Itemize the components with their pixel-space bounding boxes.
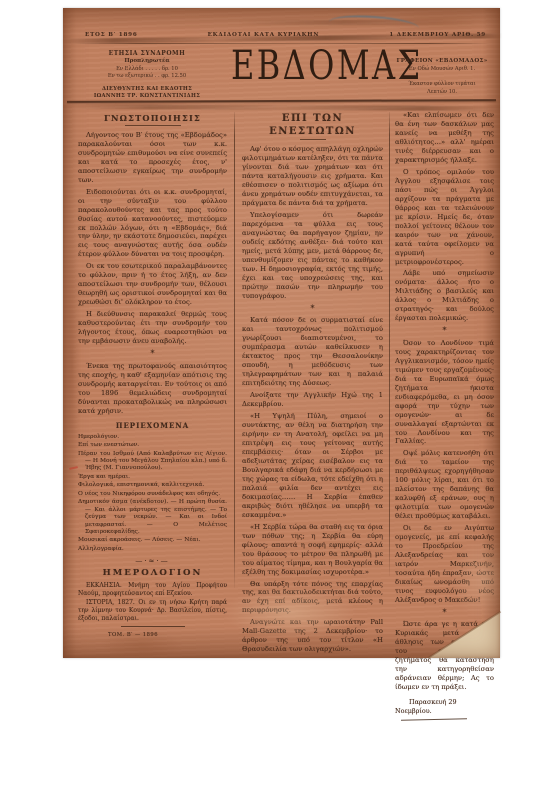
section-end-rule xyxy=(121,626,185,627)
paragraph: Οι εκ του εσωτερικού παραλαμβάνοντες το … xyxy=(78,262,227,307)
director-name: ΙΩΑΝΝΗΣ ΤΡ. ΚΩΝΣΤΑΝΤΙΝΙΔΗΣ xyxy=(89,93,205,99)
article-paragraphs: «Και ελπίσωμεν ότι δεν θα ένη των δασκάλ… xyxy=(395,111,494,692)
section-star-separator: * xyxy=(395,326,494,337)
subscription-subheader: Προπληρωτέα xyxy=(89,58,205,64)
scan-canvas: { "masthead": { "volume": "ΕΤΟΣ Β′ 1896"… xyxy=(0,0,549,800)
contents-item: Επί των ενεστώτων. xyxy=(78,442,227,449)
contents-item: Δημοτικόν άσμα (ανέκδοτον). — Η πρώτη θυ… xyxy=(78,499,227,536)
contents-item: Πέραν του Ισθμού (Από Καλαβρύτων εις Αίγ… xyxy=(78,451,227,473)
masthead-rule xyxy=(67,99,496,103)
contents-header: ΠΕΡΙΕΧΟΜΕΝΑ xyxy=(78,421,227,430)
header-underline xyxy=(125,125,181,126)
paragraph: Ειδοποιούνται ότι οι κ.κ. συνδρομηταί, ο… xyxy=(78,188,227,260)
contents-list: Ημερολόγιον. Επί των ενεστώτων. Πέραν το… xyxy=(78,434,227,554)
dateline: Παρασκευή 29 Νοεμβρίου. xyxy=(395,698,494,715)
contents-item: Φιλολογικά, επιστημονικά, καλλιτεχνικά. xyxy=(78,482,227,489)
office-header: ΓΡΑΦΕΙΟΝ «ΕΒΔΟΜΑΔΟΣ» xyxy=(389,58,495,64)
issue-date-label: 1 ΔΕΚΕΜΒΡΙΟΥ ΑΡΙΘ. 59 xyxy=(389,32,486,38)
section-star-separator: * xyxy=(78,349,227,360)
section-star-separator: * xyxy=(395,608,494,619)
copy-price-value: Λεπτών 10. xyxy=(389,89,495,95)
subscription-price-foreign: Εν τω εξωτερικώ . . φρ. 12.50 xyxy=(89,73,205,79)
article-paragraphs: Αφ' ότου ο κόσμος απηλλάγη οχληρών φιλοτ… xyxy=(242,145,383,654)
subscription-box: ΕΤΗΣΙΑ ΣΥΝΔΡΟΜΗ Προπληρωτέα Εν Ελλάδι . … xyxy=(89,50,205,99)
volume-label: ΕΤΟΣ Β′ 1896 xyxy=(85,32,138,38)
contents-item: Ο νέος του Νικηφόρου συνάδελφος και οδηγ… xyxy=(78,491,227,498)
paragraph: Κατά πόσον δε οι συρματισταί είνε και τα… xyxy=(242,316,383,388)
office-address: Εν Οδώ Μουσών Αριθ. 1. xyxy=(389,66,495,72)
contents-item: Ημερολόγιον. xyxy=(78,434,227,441)
calendar-entry: ΕΚΚΛΗΣΙΑ. Μνήμη του Αγίου Προφήτου Ναούμ… xyxy=(78,582,227,598)
paragraph: Θα υπάρξη τότε πόνος της επαρχίας της, κ… xyxy=(242,580,383,616)
newspaper-page: ΕΤΟΣ Β′ 1896 ΕΚΔΙΔΟΤΑΙ ΚΑΤΑ ΚΥΡΙΑΚΗΝ 1 Δ… xyxy=(63,8,500,658)
copy-price-note: Έκαστον φύλλον τιμάται xyxy=(389,81,495,87)
contents-item: Μουσικαί ακροάσεις. — Λύσεις. — Νέαι. xyxy=(78,537,227,544)
contents-item: Αλληλογραφία. xyxy=(78,546,227,553)
newspaper-title: ΕΒΔΟΜΑΣ xyxy=(231,46,391,86)
article-paragraphs: Λήγοντος του Β′ έτους της «Εβδομάδος» πα… xyxy=(78,131,227,416)
paragraph: Αφ' ότου ο κόσμος απηλλάγη οχληρών φιλοτ… xyxy=(242,145,383,208)
masthead-top-row: ΕΤΟΣ Β′ 1896 ΕΚΔΙΔΟΤΑΙ ΚΑΤΑ ΚΥΡΙΑΚΗΝ 1 Δ… xyxy=(85,32,486,38)
paragraph: Ένεκα της πρωτοφανούς απαισιότητος της ε… xyxy=(78,362,227,416)
contents-item: Έργα και ημέραι. xyxy=(78,474,227,481)
column-announcement: ΓΝΩΣΤΟΠΟΙΗΣΙΣ Λήγοντος του Β′ έτους της … xyxy=(78,111,227,639)
paragraph: Όσον το Λονδίνον τιμά τους χαρακτηρίζοντ… xyxy=(395,339,494,447)
paragraph: Ανοίξατε την Αγγλικήν Ηχώ της 1 Δεκεμβρί… xyxy=(242,391,383,409)
volume-footer-label: ΤΟΜ. Β′ — 1896 xyxy=(78,632,227,639)
paragraph: Οι δε εν Αιγύπτω ομογενείς, με επί κεφαλ… xyxy=(395,524,494,605)
calendar-section: ΕΚΚΛΗΣΙΑ. Μνήμη του Αγίου Προφήτου Ναούμ… xyxy=(78,582,227,623)
paragraph: Οψέ μόλις κατενοήθη ότι διά το ταμείον τ… xyxy=(395,449,494,521)
calendar-header: ΗΜΕΡΟΛΟΓΙΟΝ xyxy=(78,568,227,579)
director-title: ΔΙΕΥΘΥΝΤΗΣ ΚΑΙ ΕΚΔΟΤΗΣ xyxy=(89,86,205,92)
publication-frequency-label: ΕΚΔΙΔΟΤΑΙ ΚΑΤΑ ΚΥΡΙΑΚΗΝ xyxy=(208,32,320,38)
article-header: ΕΠΙ ΤΩΝ ΕΝΕΣΤΩΤΩΝ xyxy=(242,112,383,138)
paragraph: Λάβε υπό σημείωσιν ονόματα· άλλος ήτο ο … xyxy=(395,269,494,323)
paragraph: «Και ελπίσωμεν ότι δεν θα ένη των δασκάλ… xyxy=(395,111,494,165)
paragraph: «Η Υψηλή Πύλη, σημειοί ο συντάκτης, αν θ… xyxy=(242,412,383,520)
dateline-end-rule xyxy=(401,718,467,720)
office-box: ΓΡΑΦΕΙΟΝ «ΕΒΔΟΜΑΔΟΣ» Εν Οδώ Μουσών Αριθ.… xyxy=(389,58,495,95)
subscription-price-domestic: Εν Ελλάδι . . . . . δρ. 10 xyxy=(89,66,205,72)
column-leader-article: ΕΠΙ ΤΩΝ ΕΝΕΣΤΩΤΩΝ Αφ' ότου ο κόσμος απηλ… xyxy=(242,111,383,657)
ornament-separator: —·≈·— xyxy=(78,557,227,566)
header-underline xyxy=(300,139,326,140)
paragraph: Ο τρόπος ομιλούν του Άγγλου εξησφάλισε τ… xyxy=(395,168,494,267)
announcement-header: ΓΝΩΣΤΟΠΟΙΗΣΙΣ xyxy=(78,113,227,124)
paragraph: Αναγνώτε και την ωραιοτάτην Pall Mall-Ga… xyxy=(242,618,383,654)
paragraph: Η διεύθυνσις παρακαλεί θερμώς τους καθυσ… xyxy=(78,310,227,346)
calendar-entry: ΙΣΤΟΡΙΑ, 1827. Οι εν τη νήσω Κρήτη παρά … xyxy=(78,599,227,622)
paragraph: Λήγοντος του Β′ έτους της «Εβδομάδος» πα… xyxy=(78,131,227,185)
subscription-header: ΕΤΗΣΙΑ ΣΥΝΔΡΟΜΗ xyxy=(89,50,205,57)
director-block: ΔΙΕΥΘΥΝΤΗΣ ΚΑΙ ΕΚΔΟΤΗΣ ΙΩΑΝΝΗΣ ΤΡ. ΚΩΝΣΤ… xyxy=(89,86,205,99)
section-star-separator: * xyxy=(242,304,383,315)
paragraph: «Η Σερβία τώρα θα σταθή εις τα όρια των … xyxy=(242,523,383,577)
paragraph: Υπελογίσαμεν ότι δωρεάν παρεχόμενα τα φύ… xyxy=(242,211,383,301)
